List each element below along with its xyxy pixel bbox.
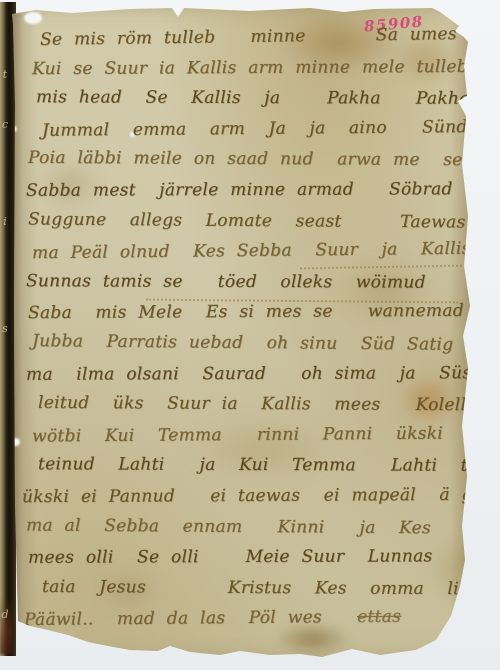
handwritten-text-block: Se mis röm tulleb minne Sa umes se zigga… — [26, 22, 470, 634]
manuscript-line: ma Peäl olnud Kes Sebba Suur ja Kallis — [26, 234, 470, 269]
manuscript-page: 85908 Se mis röm tulleb minne Sa umes se… — [12, 4, 472, 662]
manuscript-line: Kui se Suur ia Kallis arm minne mele tul… — [26, 51, 470, 84]
manuscript-line: Sunnas tamis se töed olleks wöimud Kerta — [26, 266, 470, 298]
manuscript-line: taia Jesus Kristus Kes omma likha — [26, 572, 470, 605]
manuscript-scan: tcisd 85908 Se mis röm tulleb minne Sa u… — [0, 0, 500, 670]
manuscript-line: ma al Sebba ennam Kinni ja Kes Se — [26, 510, 470, 544]
manuscript-line: Sabba mest järrele minne armad Söbrad mi… — [26, 174, 470, 206]
manuscript-line: mees olli Se olli Meie Suur Lunnas — [26, 541, 470, 573]
manuscript-line: Saba mis Mele Es si mes se wannemad olli… — [26, 296, 470, 329]
pin-hole — [464, 26, 468, 31]
manuscript-line: Pääwil.. mad da las Pöl wes ettas — [24, 601, 470, 635]
struck-word: ettas — [357, 607, 401, 627]
manuscript-line: wötbi Kui Temma rinni Panni ükski ei — [26, 418, 470, 452]
manuscript-line: ükski ei Pannud ei taewas ei mapeäl ä ga — [22, 480, 470, 513]
book-spine-shadow — [0, 596, 12, 654]
manuscript-line: Se mis röm tulleb minne Sa umes se zigga… — [26, 19, 470, 56]
book-spine — [0, 2, 16, 656]
manuscript-line: Jubba Parratis uebad oh sinu Süd Satig i… — [26, 326, 470, 360]
manuscript-line: leitud üks Suur ia Kallis mees Kolelli ü… — [26, 388, 470, 421]
manuscript-line: Suggune allegs Lomate seast Taewas wöi — [26, 204, 470, 238]
manuscript-line: Jummal emma arm Ja ja aino Sündinud — [26, 112, 470, 146]
manuscript-line: ma ilma olsani Saurad oh sima ja Süs on — [26, 358, 470, 390]
manuscript-line: Poia läbbi meile on saad nud arwa me sed… — [26, 143, 470, 176]
manuscript-line: teinud Lahti ja Kui Temma Lahti teggi — [26, 450, 470, 482]
manuscript-line: mis head Se Kallis ja Pakha Pakha Pakha — [26, 82, 470, 114]
